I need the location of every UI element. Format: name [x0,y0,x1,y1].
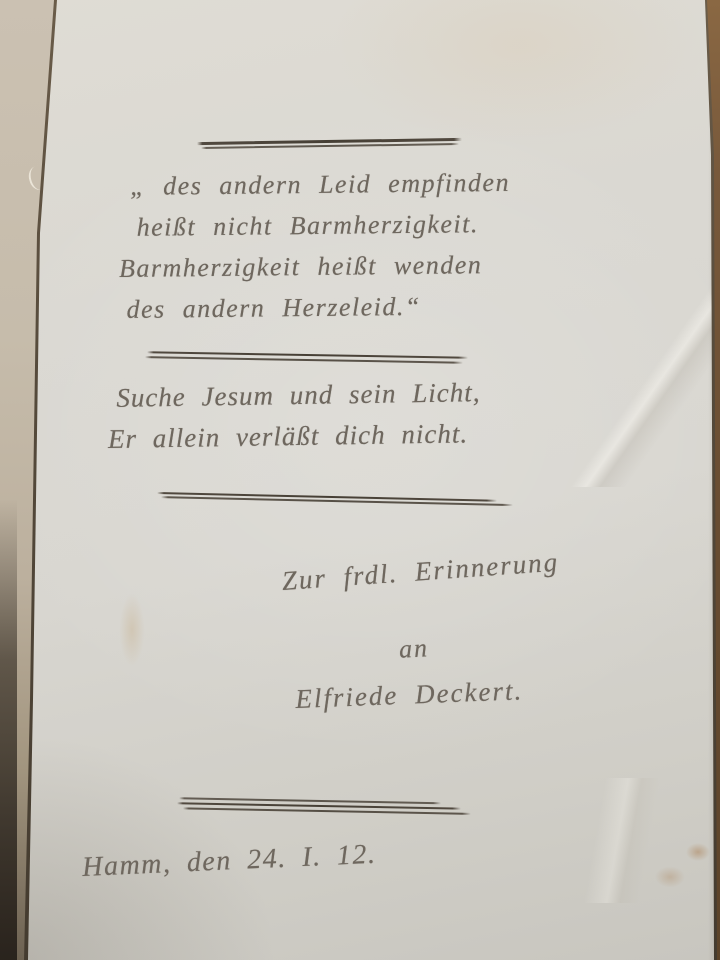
book-spine-shadow [0,499,17,960]
paper-crease-right [552,282,720,487]
verse-block: Suche Jesum und sein Licht, Er allein ve… [107,372,481,460]
photo-of-handwritten-book-page: „ des andern Leid empfinden heißt nicht … [0,0,720,960]
hand-drawn-rule-middle-upper [147,351,468,364]
quote-line-1: „ des andern Leid empfinden [130,162,510,207]
paper-crease-bottom-right [515,778,720,903]
dateline: Hamm, den 24. I. 12. [82,839,378,884]
hand-drawn-rule-middle-lower [157,492,509,506]
quote-line-4: des andern Herzeleid.“ [126,285,511,330]
quote-line-3: Barmherzigkeit heißt wenden [119,244,511,289]
dedication-name: Elfriede Deckert. [295,675,524,715]
verse-line-2: Er allein verläßt dich nicht. [108,413,482,460]
dedication-line-2: an [398,633,430,665]
quote-line-2: heißt nicht Barmherzigkeit. [136,203,510,248]
dedication-line-1: Zur frdl. Erinnerung [281,547,560,597]
book-flyleaf-page: „ des andern Leid empfinden heißt nicht … [0,0,720,960]
quote-block: „ des andern Leid empfinden heißt nicht … [118,162,512,330]
hand-drawn-rule-bottom [177,797,467,814]
hand-drawn-rule-top [197,138,462,149]
verse-line-1: Suche Jesum und sein Licht, [116,372,481,419]
